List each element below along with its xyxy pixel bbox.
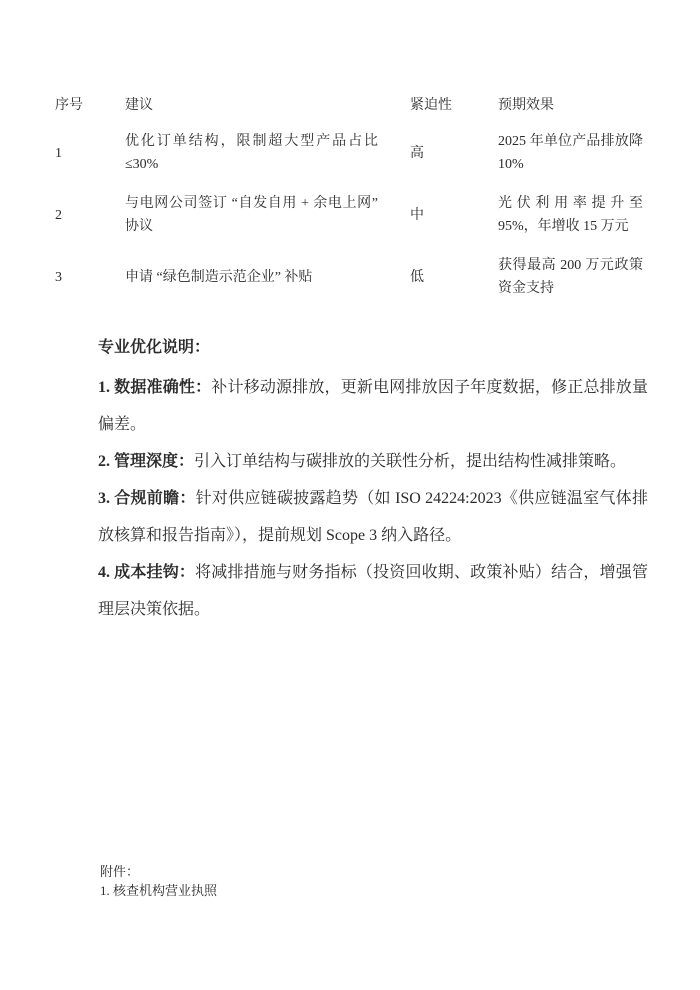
cell-effect: 光伏利用率提升至95%，年增收 15 万元	[498, 184, 647, 246]
notes-heading: 专业优化说明：	[98, 329, 648, 366]
attachments-heading: 附件：	[100, 862, 500, 881]
note-item: 1. 数据准确性：补计移动源排放，更新电网排放因子年度数据，修正总排放量偏差。	[98, 369, 648, 443]
cell-suggestion: 申请 “绿色制造示范企业” 补贴	[125, 246, 410, 308]
note-item: 2. 管理深度：引入订单结构与碳排放的关联性分析，提出结构性减排策略。	[98, 443, 648, 480]
note-label: 3. 合规前瞻：	[98, 490, 196, 507]
attachments-section: 附件： 1. 核查机构营业执照	[100, 862, 500, 900]
cell-effect: 获得最高 200 万元政策资金支持	[498, 246, 647, 308]
header-cell-urgency: 紧迫性	[410, 88, 498, 122]
table-row: 3 申请 “绿色制造示范企业” 补贴 低 获得最高 200 万元政策资金支持	[55, 246, 647, 308]
table-row: 1 优化订单结构，限制超大型产品占比≤30% 高 2025 年单位产品排放降 1…	[55, 122, 647, 184]
cell-no: 1	[55, 122, 125, 184]
note-item: 3. 合规前瞻：针对供应链碳披露趋势（如 ISO 24224:2023《供应链温…	[98, 480, 648, 554]
cell-no: 3	[55, 246, 125, 308]
note-label: 4. 成本挂钩：	[98, 564, 195, 581]
cell-effect: 2025 年单位产品排放降 10%	[498, 122, 647, 184]
note-text: 引入订单结构与碳排放的关联性分析，提出结构性减排策略。	[194, 453, 626, 470]
header-cell-effect: 预期效果	[498, 88, 647, 122]
recommendations-table: 序号 建议 紧迫性 预期效果 1 优化订单结构，限制超大型产品占比≤30% 高 …	[55, 88, 647, 308]
table-header-row: 序号 建议 紧迫性 预期效果	[55, 88, 647, 122]
cell-urgency: 高	[410, 122, 498, 184]
attachment-item: 1. 核查机构营业执照	[100, 881, 500, 900]
cell-suggestion: 优化订单结构，限制超大型产品占比≤30%	[125, 122, 410, 184]
header-cell-suggestion: 建议	[125, 88, 410, 122]
note-label: 2. 管理深度：	[98, 453, 194, 470]
cell-urgency: 低	[410, 246, 498, 308]
table-row: 2 与电网公司签订 “自发自用 + 余电上网” 协议 中 光伏利用率提升至95%…	[55, 184, 647, 246]
header-cell-no: 序号	[55, 88, 125, 122]
cell-no: 2	[55, 184, 125, 246]
cell-suggestion: 与电网公司签订 “自发自用 + 余电上网” 协议	[125, 184, 410, 246]
document-page: 序号 建议 紧迫性 预期效果 1 优化订单结构，限制超大型产品占比≤30% 高 …	[0, 0, 700, 990]
cell-urgency: 中	[410, 184, 498, 246]
note-item: 4. 成本挂钩：将减排措施与财务指标（投资回收期、政策补贴）结合，增强管理层决策…	[98, 554, 648, 628]
note-label: 1. 数据准确性：	[98, 379, 211, 396]
notes-section: 专业优化说明： 1. 数据准确性：补计移动源排放，更新电网排放因子年度数据，修正…	[98, 329, 648, 628]
